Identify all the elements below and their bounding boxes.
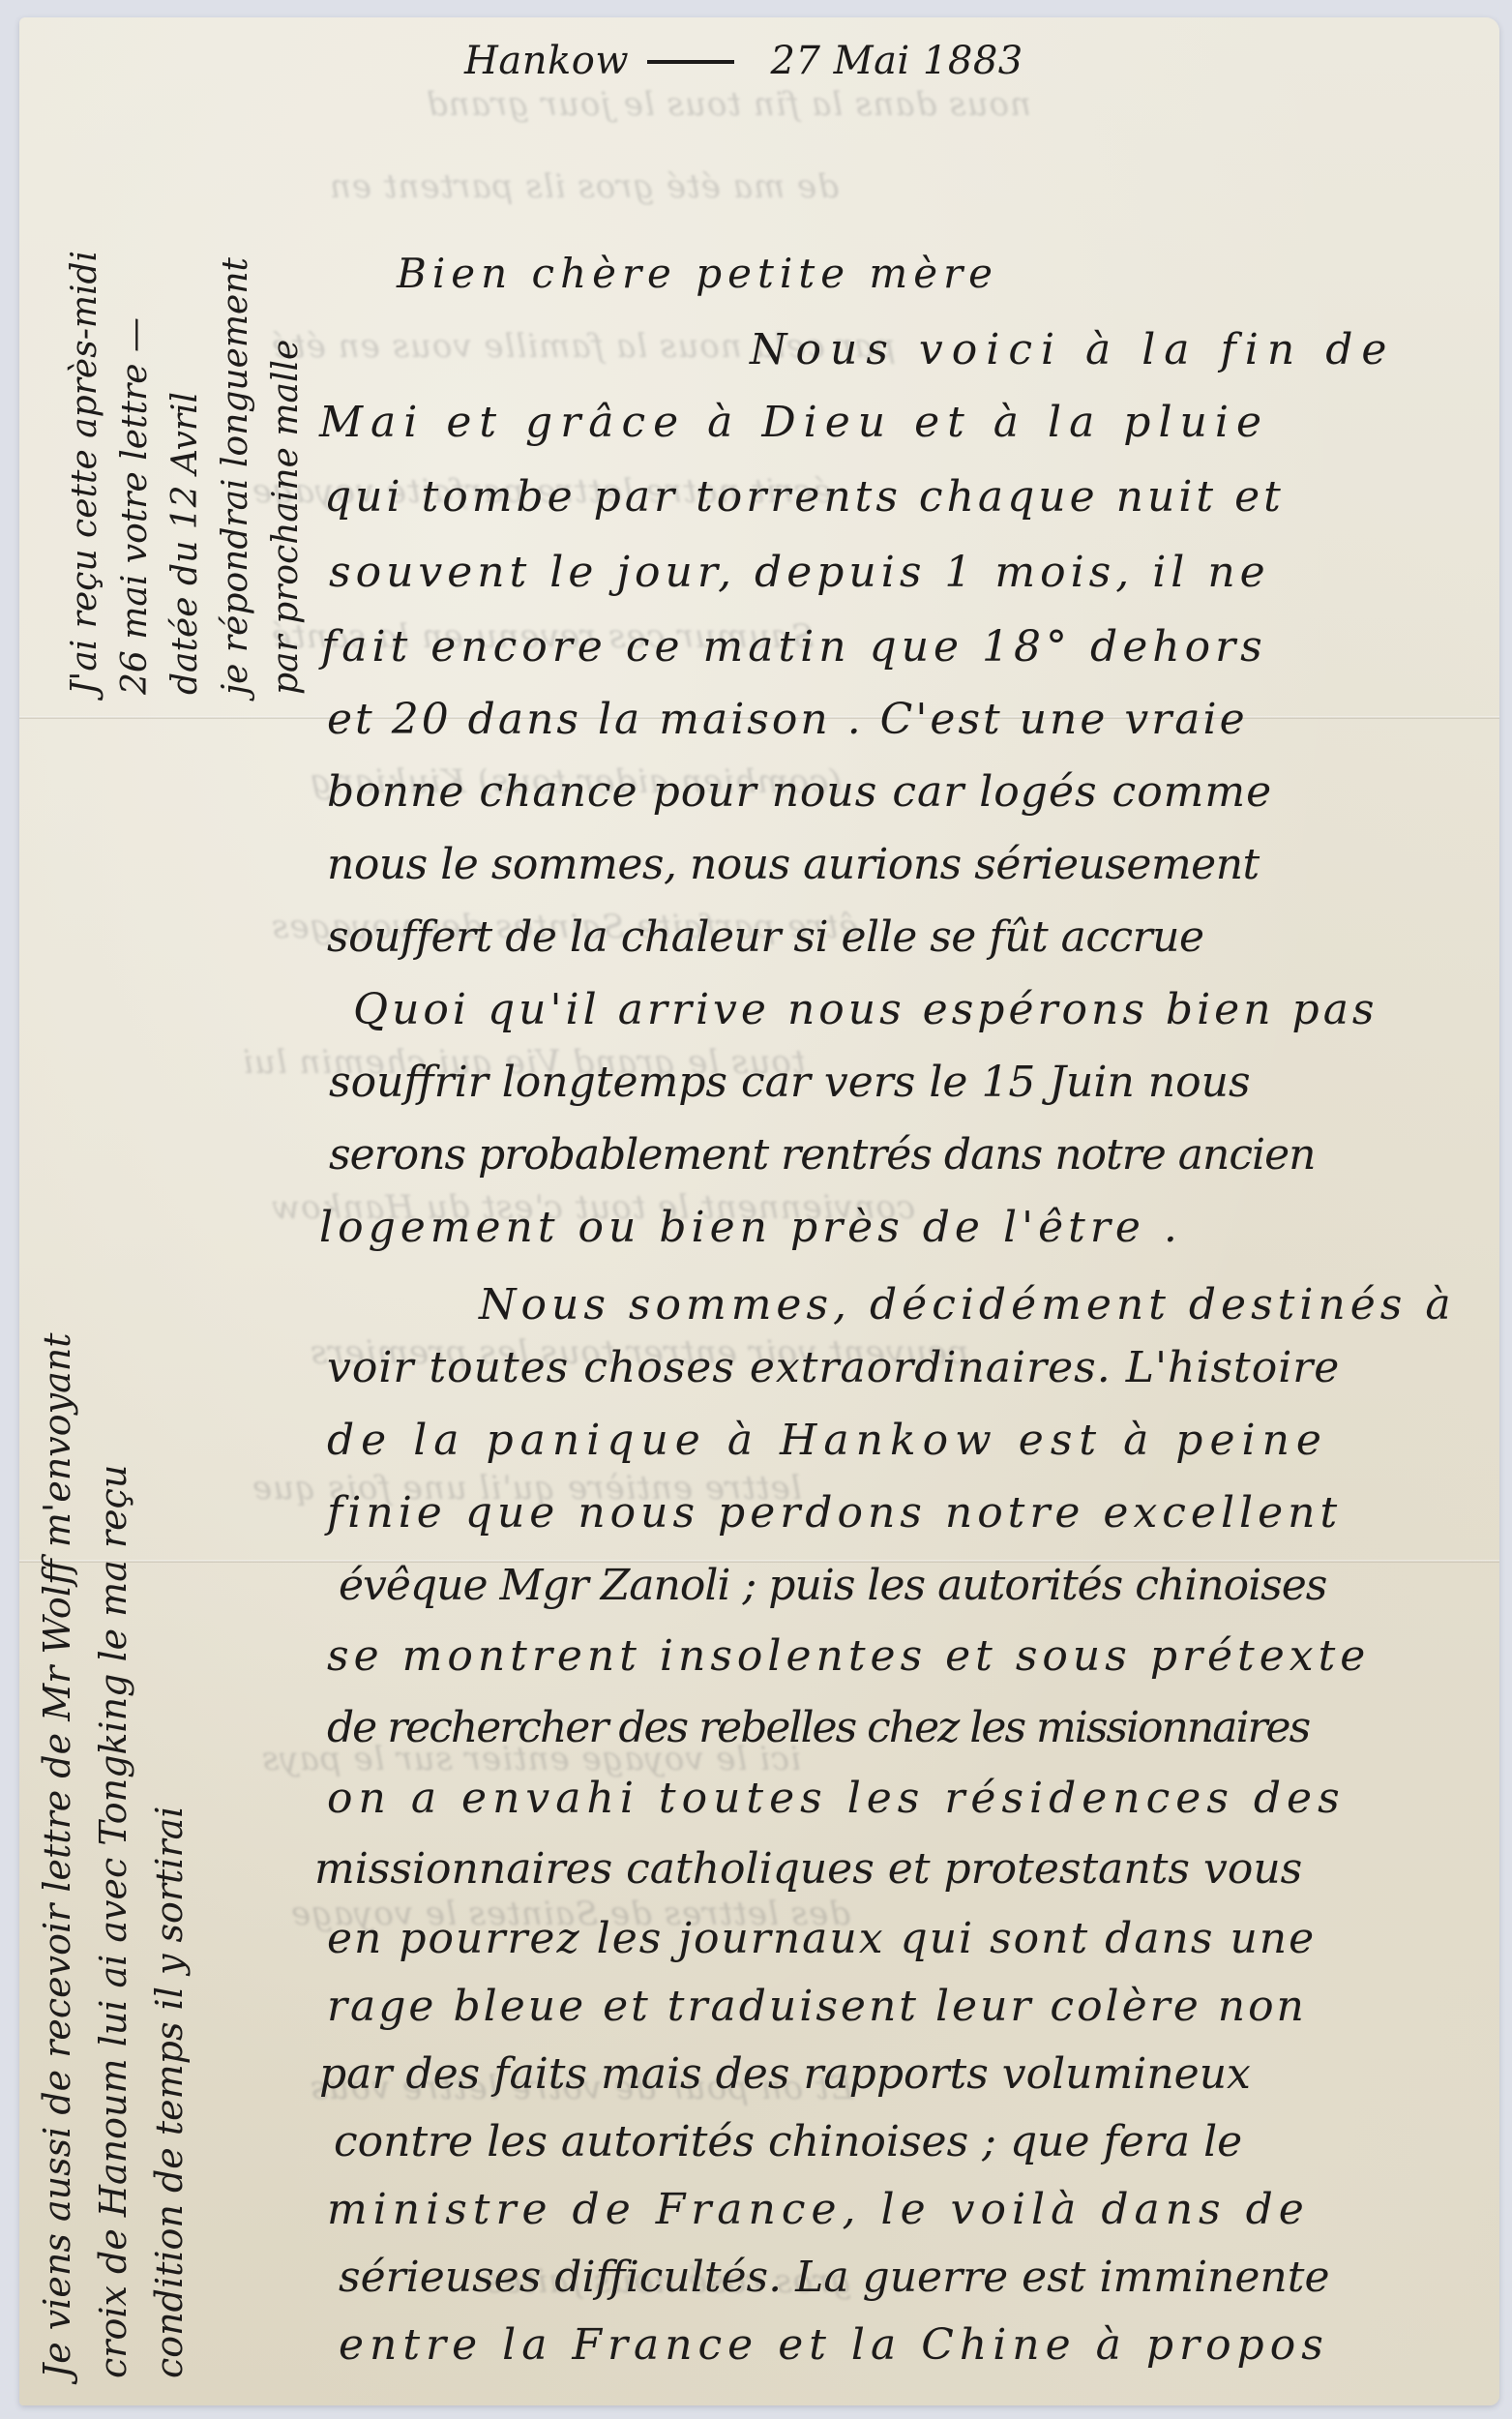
body-line: missionnaires catholiques et protestants… [314,1844,1302,1894]
body-line: Quoi qu'il arrive nous espérons bien pas [353,985,1379,1034]
body-line: bonne chance pour nous car logés comme [327,767,1272,817]
body-line: par des faits mais des rapports volumine… [319,2049,1251,2099]
margin-line: je répondrai longuement [211,251,261,695]
body-line: serons probablement rentrés dans notre a… [329,1130,1315,1180]
body-line: souffert de la chaleur si elle se fût ac… [327,912,1204,962]
body-line: de rechercher des rebelles chez les miss… [327,1703,1309,1752]
body-line: qui tombe par torrents chaque nuit et [324,472,1285,522]
body-line: sérieuses difficultés. La guerre est imm… [339,2253,1329,2302]
margin-line: datée du 12 Avril [161,251,211,695]
body-line: fait encore ce matin que 18° dehors [321,622,1267,672]
salutation: Bien chère petite mère [397,250,998,297]
body-line: finie que nous perdons notre excellent [327,1488,1342,1538]
body-line: logement ou bien près de l'être . [319,1203,1182,1252]
body-line: entre la France et la Chine à propos [339,2320,1329,2370]
body-line: voir toutes choses extraordinaires. L'hi… [327,1343,1340,1392]
heading-place: Hankow [464,39,629,83]
body-line: se montrent insolentes et sous prétexte [327,1631,1370,1681]
margin-line: condition de temps il y sortirai [141,1332,197,2378]
body-line: on a envahi toutes les résidences des [327,1774,1346,1823]
margin-note-top: J'ai reçu cette après-midi 26 mai votre … [60,251,311,695]
body-line: Nous sommes, décidément destinés à [479,1280,1456,1329]
bleed-through-text: de ma été gros ils partent en [329,167,839,206]
bleed-through-text: nous dans la fin tous le jour grand [426,85,1031,124]
body-line: et 20 dans la maison . C'est une vraie [327,695,1248,744]
margin-note-bottom: Je viens aussi de recevoir lettre de Mr … [29,1332,197,2378]
margin-line: J'ai reçu cette après-midi [60,251,110,695]
body-line: de la panique à Hankow est à peine [327,1416,1328,1465]
body-line: Mai et grâce à Dieu et à la pluie [319,398,1269,447]
margin-line: Je viens aussi de recevoir lettre de Mr … [29,1332,85,2378]
letter-page: nous dans la fin tous le jour grand de m… [19,17,1499,2405]
body-line: contre les autorités chinoises ; que fer… [334,2117,1242,2166]
letter-heading: Hankow 27 Mai 1883 [464,39,1023,83]
body-line: Nous voici à la fin de [750,325,1395,374]
margin-line: 26 mai votre lettre — [110,251,161,695]
body-line: évêque Mgr Zanoli ; puis les autorités c… [339,1561,1326,1610]
body-line: nous le sommes, nous aurions sérieusemen… [327,840,1260,889]
body-line: en pourrez les journaux qui sont dans un… [327,1914,1316,1963]
margin-line: croix de Hanoum lui ai avec Tongking le … [85,1332,141,2378]
margin-line: par prochaine malle [261,251,311,695]
body-line: souvent le jour, depuis 1 mois, il ne [329,548,1270,597]
body-line: souffrir longtemps car vers le 15 Juin n… [329,1058,1251,1107]
body-line: rage bleue et traduisent leur colère non [327,1982,1307,2031]
body-line: ministre de France, le voilà dans de [327,2185,1310,2234]
heading-date: 27 Mai 1883 [771,39,1023,83]
